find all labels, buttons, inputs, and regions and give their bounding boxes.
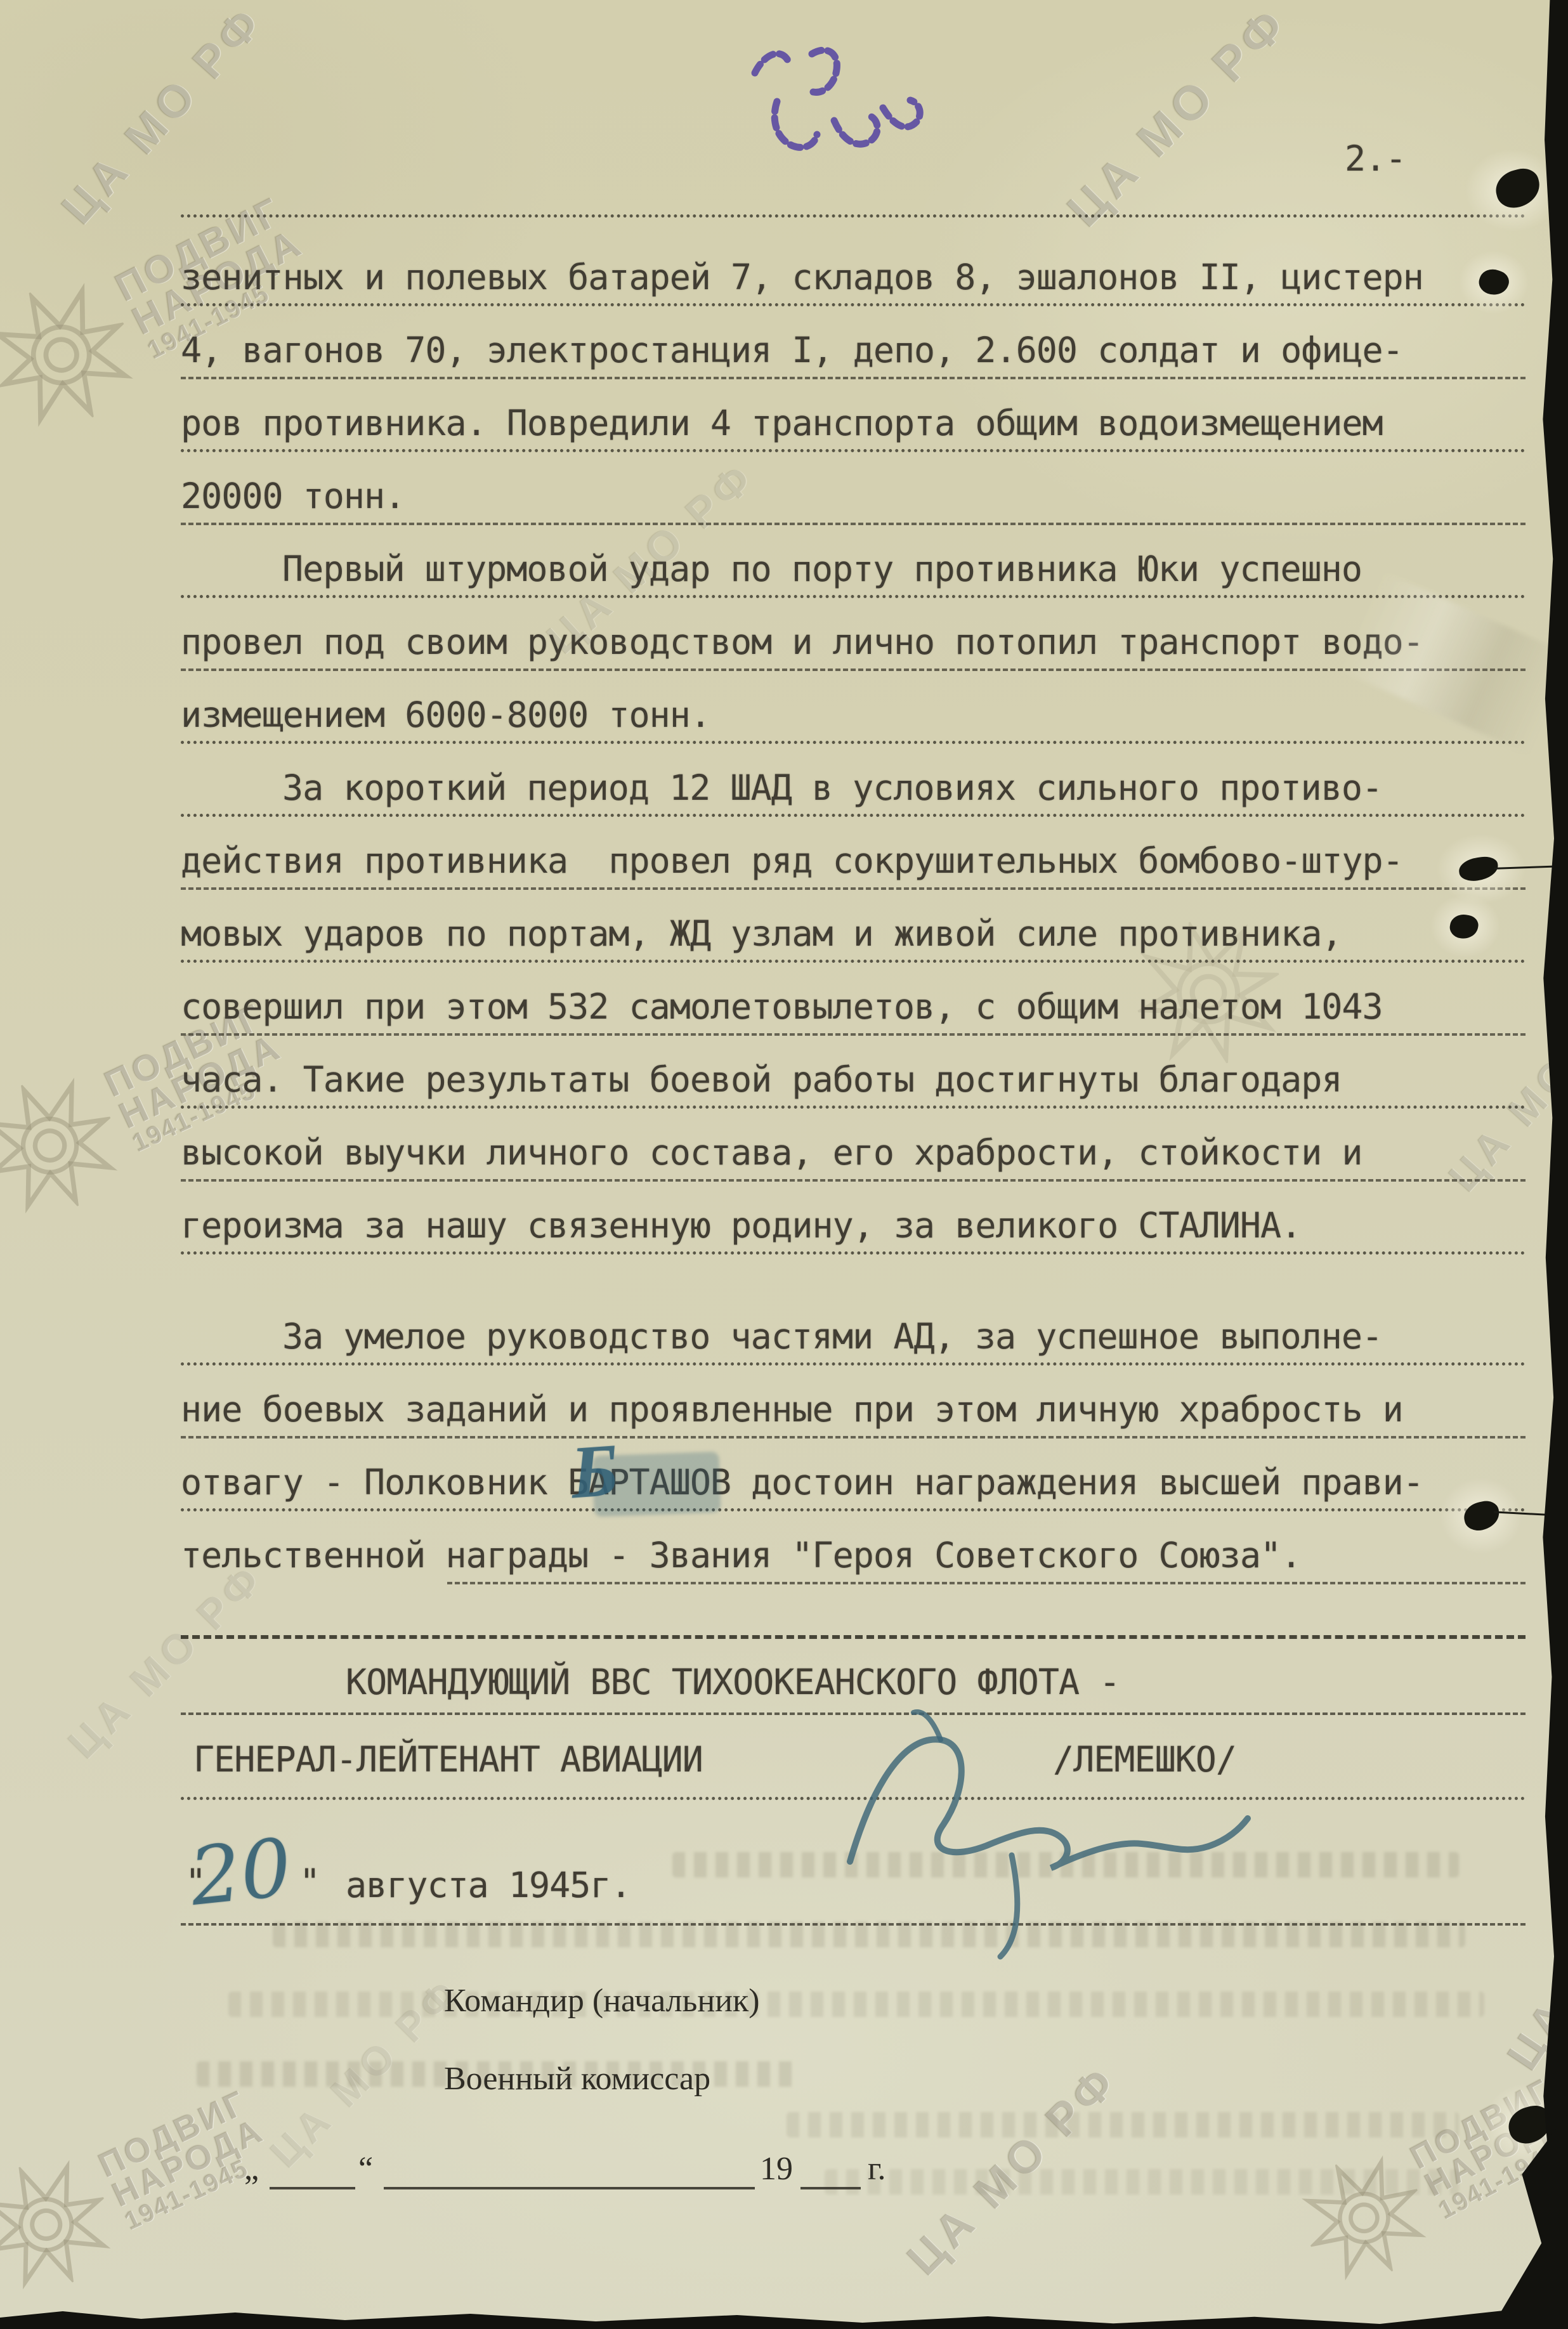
paragraph: Первый штурмовой удар по порту противник… bbox=[181, 533, 1526, 752]
date-text: августа 1945г. bbox=[346, 1865, 631, 1905]
typed-line: 20000 тонн. bbox=[181, 460, 1526, 533]
bleedthrough-line bbox=[228, 1992, 1484, 2017]
scan-edge-bottom bbox=[0, 2304, 1568, 2329]
form-blank-line bbox=[270, 2187, 355, 2189]
typed-line: высокой выучки личного состава, его храб… bbox=[181, 1116, 1526, 1189]
document-body: зенитных и полевых батарей 7, складов 8,… bbox=[181, 241, 1526, 1592]
typed-line: провел под своим руководством и лично по… bbox=[181, 606, 1526, 679]
ink-blot bbox=[592, 1452, 721, 1517]
separator-rule bbox=[181, 1635, 1526, 1639]
typed-line: тельственной награды - Звания "Героя Сов… bbox=[181, 1519, 1526, 1592]
bleedthrough-line bbox=[787, 2112, 1459, 2137]
paragraph: зенитных и полевых батарей 7, складов 8,… bbox=[181, 241, 1526, 533]
scanned-document-page: { "page_number": "2.-", "watermarks": { … bbox=[0, 0, 1568, 2329]
form-blank-line bbox=[384, 2187, 755, 2189]
typed-line: 4, вагонов 70, электростанция I, депо, 2… bbox=[181, 314, 1526, 387]
typed-line: ров противника. Повредили 4 транспорта о… bbox=[181, 387, 1526, 460]
purple-scribble-ink bbox=[717, 25, 1072, 197]
paragraph: За короткий период 12 ШАД в условиях сил… bbox=[181, 752, 1526, 1262]
form-year-prefix: 19 bbox=[760, 2150, 793, 2188]
signature-ink bbox=[796, 1659, 1291, 1976]
typed-line: За короткий период 12 ШАД в условиях сил… bbox=[181, 752, 1526, 825]
podvig-naroda-watermark: ПОДВИГ НАРОДА 1941-1945 bbox=[0, 2068, 287, 2309]
form-commander-label: Командир (начальник) bbox=[444, 1982, 760, 2019]
typed-line: героизма за нашу связенную родину, за ве… bbox=[181, 1189, 1526, 1262]
typed-line: За умелое руководство частями АД, за усп… bbox=[181, 1300, 1526, 1373]
typed-line: ние боевых заданий и проявленные при это… bbox=[181, 1373, 1526, 1446]
typed-line: действия противника провел ряд сокрушите… bbox=[181, 825, 1526, 897]
form-blank-line bbox=[800, 2187, 861, 2189]
typed-line: измещением 6000-8000 тонн. bbox=[181, 679, 1526, 752]
page-number: 2.- bbox=[1345, 138, 1406, 179]
form-commissar-label: Военный комиссар bbox=[444, 2060, 710, 2097]
date-close-quote: " bbox=[299, 1862, 320, 1902]
typed-line: отвагу - Полковник БАРТАШОВ достоин нагр… bbox=[181, 1446, 1526, 1519]
rank-label: ГЕНЕРАЛ-ЛЕЙТЕНАНТ АВИАЦИИ bbox=[193, 1739, 703, 1780]
typed-line: Первый штурмовой удар по порту противник… bbox=[181, 533, 1526, 606]
bleedthrough-line bbox=[825, 2169, 1459, 2195]
form-date-open-quote: „ bbox=[244, 2150, 259, 2188]
typed-line: мовых ударов по портам, ЖД узлам и живой… bbox=[181, 897, 1526, 970]
typed-line: совершил при этом 532 самолетовылетов, с… bbox=[181, 970, 1526, 1043]
handwritten-day: 20 bbox=[186, 1822, 296, 1924]
archive-watermark: ЦА МО РФ bbox=[1057, 0, 1299, 238]
typed-underline-rule bbox=[181, 214, 1526, 218]
form-date-close-quote: “ bbox=[358, 2150, 373, 2188]
paragraph: За умелое руководство частями АД, за усп… bbox=[181, 1300, 1526, 1592]
typed-line: зенитных и полевых батарей 7, складов 8,… bbox=[181, 241, 1526, 314]
typed-line: часа. Такие результаты боевой работы дос… bbox=[181, 1043, 1526, 1116]
form-year-suffix: г. bbox=[868, 2150, 885, 2188]
